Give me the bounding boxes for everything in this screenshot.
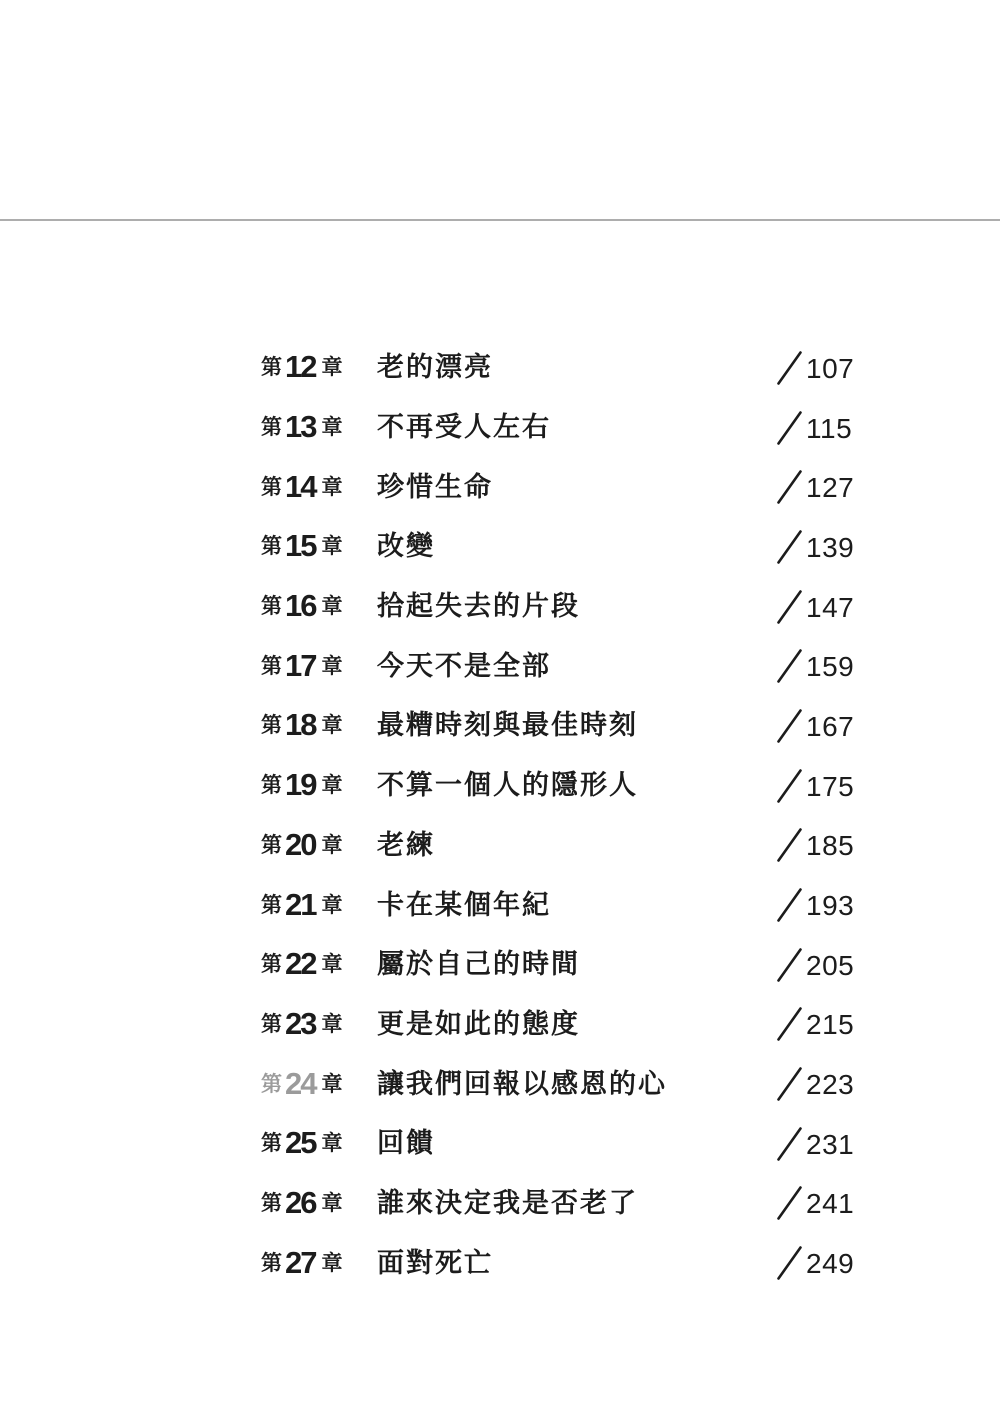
chapter-prefix: 第 <box>261 835 282 856</box>
page-reference: 215 <box>777 1007 854 1041</box>
page-number: 241 <box>806 1190 854 1218</box>
chapter-number: 17 <box>285 650 315 681</box>
page-reference: 127 <box>777 470 854 504</box>
toc-entry: 第 26 章 誰來決定我是否老了 241 <box>261 1174 901 1234</box>
chapter-prefix: 第 <box>261 536 282 557</box>
toc-entry: 第 18 章 最糟時刻與最佳時刻 167 <box>261 696 901 756</box>
toc-entry: 第 23 章 更是如此的態度 215 <box>261 995 901 1055</box>
chapter-label: 第 22 章 <box>261 949 377 980</box>
chapter-suffix: 章 <box>321 954 342 975</box>
chapter-label: 第 21 章 <box>261 890 377 921</box>
page-number: 223 <box>806 1071 854 1099</box>
chapter-number: 14 <box>285 471 315 502</box>
slash-separator-icon <box>777 1007 802 1041</box>
toc-entry: 第 13 章 不再受人左右 115 <box>261 398 901 458</box>
toc-entry: 第 16 章 拾起失去的片段 147 <box>261 577 901 637</box>
chapter-number: 21 <box>285 889 315 920</box>
chapter-title: 今天不是全部 <box>377 653 551 680</box>
chapter-label: 第 14 章 <box>261 472 377 503</box>
page-reference: 159 <box>777 649 854 683</box>
chapter-prefix: 第 <box>261 1193 282 1214</box>
toc-entry: 第 21 章 卡在某個年紀 193 <box>261 875 901 935</box>
chapter-label: 第 15 章 <box>261 531 377 562</box>
chapter-label: 第 23 章 <box>261 1009 377 1040</box>
page-number: 115 <box>806 415 852 443</box>
toc-entry: 第 14 章 珍惜生命 127 <box>261 457 901 517</box>
chapter-number: 13 <box>285 411 315 442</box>
slash-separator-icon <box>777 709 802 743</box>
chapter-label: 第 25 章 <box>261 1128 377 1159</box>
chapter-suffix: 章 <box>321 1133 342 1154</box>
chapter-label: 第 20 章 <box>261 830 377 861</box>
page-number: 231 <box>806 1131 854 1159</box>
slash-separator-icon <box>777 411 802 445</box>
toc-entry: 第 24 章 讓我們回報以感恩的心 223 <box>261 1054 901 1114</box>
chapter-suffix: 章 <box>321 656 342 677</box>
chapter-title: 珍惜生命 <box>377 474 493 501</box>
page-reference: 205 <box>777 948 854 982</box>
page-reference: 139 <box>777 530 854 564</box>
page-reference: 107 <box>777 351 854 385</box>
slash-separator-icon <box>777 888 802 922</box>
chapter-prefix: 第 <box>261 656 282 677</box>
chapter-label: 第 16 章 <box>261 591 377 622</box>
chapter-prefix: 第 <box>261 477 282 498</box>
page-number: 193 <box>806 892 854 920</box>
slash-separator-icon <box>777 1246 802 1280</box>
chapter-suffix: 章 <box>321 1074 342 1095</box>
page-reference: 115 <box>777 411 852 445</box>
page-reference: 231 <box>777 1127 854 1161</box>
chapter-prefix: 第 <box>261 596 282 617</box>
toc-entry: 第 22 章 屬於自己的時間 205 <box>261 935 901 995</box>
chapter-suffix: 章 <box>321 357 342 378</box>
page-reference: 185 <box>777 828 854 862</box>
page-reference: 241 <box>777 1186 854 1220</box>
chapter-label: 第 24 章 <box>261 1069 377 1100</box>
chapter-title: 更是如此的態度 <box>377 1011 580 1038</box>
chapter-number: 15 <box>285 530 315 561</box>
chapter-suffix: 章 <box>321 477 342 498</box>
chapter-suffix: 章 <box>321 1014 342 1035</box>
chapter-label: 第 18 章 <box>261 710 377 741</box>
page-number: 159 <box>806 653 854 681</box>
chapter-title: 不算一個人的隱形人 <box>377 772 638 799</box>
chapter-prefix: 第 <box>261 1133 282 1154</box>
page-number: 147 <box>806 594 854 622</box>
chapter-title: 回饋 <box>377 1130 435 1157</box>
page-number: 249 <box>806 1250 854 1278</box>
slash-separator-icon <box>777 1186 802 1220</box>
toc-entry: 第 15 章 改變 139 <box>261 517 901 577</box>
chapter-label: 第 12 章 <box>261 352 377 383</box>
page-number: 185 <box>806 832 854 860</box>
chapter-number: 23 <box>285 1008 315 1039</box>
chapter-suffix: 章 <box>321 715 342 736</box>
chapter-title: 改變 <box>377 533 435 560</box>
chapter-title: 讓我們回報以感恩的心 <box>377 1071 667 1098</box>
chapter-suffix: 章 <box>321 835 342 856</box>
slash-separator-icon <box>777 649 802 683</box>
chapter-title: 屬於自己的時間 <box>377 951 580 978</box>
slash-separator-icon <box>777 1067 802 1101</box>
chapter-number: 16 <box>285 590 315 621</box>
slash-separator-icon <box>777 530 802 564</box>
page-number: 205 <box>806 952 854 980</box>
chapter-number: 12 <box>285 351 315 382</box>
page-number: 215 <box>806 1011 854 1039</box>
chapter-prefix: 第 <box>261 715 282 736</box>
chapter-number: 27 <box>285 1247 315 1278</box>
chapter-prefix: 第 <box>261 1014 282 1035</box>
page-number: 175 <box>806 773 854 801</box>
toc-entry: 第 19 章 不算一個人的隱形人 175 <box>261 756 901 816</box>
chapter-suffix: 章 <box>321 775 342 796</box>
chapter-suffix: 章 <box>321 417 342 438</box>
chapter-title: 老的漂亮 <box>377 354 493 381</box>
chapter-label: 第 19 章 <box>261 770 377 801</box>
page-number: 127 <box>806 474 854 502</box>
page-reference: 193 <box>777 888 854 922</box>
page-number: 107 <box>806 355 854 383</box>
chapter-number: 24 <box>285 1068 315 1099</box>
chapter-label: 第 27 章 <box>261 1248 377 1279</box>
page-reference: 175 <box>777 769 854 803</box>
slash-separator-icon <box>777 828 802 862</box>
chapter-number: 18 <box>285 709 315 740</box>
chapter-number: 22 <box>285 948 315 979</box>
page-reference: 223 <box>777 1067 854 1101</box>
chapter-title: 老練 <box>377 832 435 859</box>
chapter-suffix: 章 <box>321 895 342 916</box>
chapter-title: 拾起失去的片段 <box>377 593 580 620</box>
chapter-suffix: 章 <box>321 536 342 557</box>
toc-entry: 第 17 章 今天不是全部 159 <box>261 636 901 696</box>
chapter-title: 面對死亡 <box>377 1250 493 1277</box>
chapter-number: 26 <box>285 1187 315 1218</box>
chapter-prefix: 第 <box>261 357 282 378</box>
slash-separator-icon <box>777 769 802 803</box>
slash-separator-icon <box>777 351 802 385</box>
chapter-label: 第 17 章 <box>261 651 377 682</box>
chapter-title: 不再受人左右 <box>377 414 551 441</box>
chapter-number: 20 <box>285 829 315 860</box>
top-divider-line <box>0 219 1000 221</box>
chapter-prefix: 第 <box>261 895 282 916</box>
page-reference: 249 <box>777 1246 854 1280</box>
chapter-suffix: 章 <box>321 1193 342 1214</box>
chapter-prefix: 第 <box>261 775 282 796</box>
slash-separator-icon <box>777 590 802 624</box>
chapter-prefix: 第 <box>261 1074 282 1095</box>
page-reference: 167 <box>777 709 854 743</box>
slash-separator-icon <box>777 1127 802 1161</box>
chapter-prefix: 第 <box>261 954 282 975</box>
chapter-suffix: 章 <box>321 596 342 617</box>
chapter-number: 25 <box>285 1127 315 1158</box>
page-number: 167 <box>806 713 854 741</box>
toc-entry: 第 25 章 回饋 231 <box>261 1114 901 1174</box>
chapter-suffix: 章 <box>321 1253 342 1274</box>
chapter-label: 第 13 章 <box>261 412 377 443</box>
chapter-prefix: 第 <box>261 417 282 438</box>
chapter-title: 誰來決定我是否老了 <box>377 1190 638 1217</box>
table-of-contents: 第 12 章 老的漂亮 107 第 13 章 不再受人左右 115 第 14 章 <box>261 338 901 1293</box>
chapter-number: 19 <box>285 769 315 800</box>
chapter-prefix: 第 <box>261 1253 282 1274</box>
page-reference: 147 <box>777 590 854 624</box>
chapter-title: 卡在某個年紀 <box>377 892 551 919</box>
toc-entry: 第 20 章 老練 185 <box>261 816 901 876</box>
slash-separator-icon <box>777 470 802 504</box>
toc-entry: 第 12 章 老的漂亮 107 <box>261 338 901 398</box>
slash-separator-icon <box>777 948 802 982</box>
chapter-title: 最糟時刻與最佳時刻 <box>377 712 638 739</box>
page-number: 139 <box>806 534 854 562</box>
chapter-label: 第 26 章 <box>261 1188 377 1219</box>
toc-entry: 第 27 章 面對死亡 249 <box>261 1233 901 1293</box>
